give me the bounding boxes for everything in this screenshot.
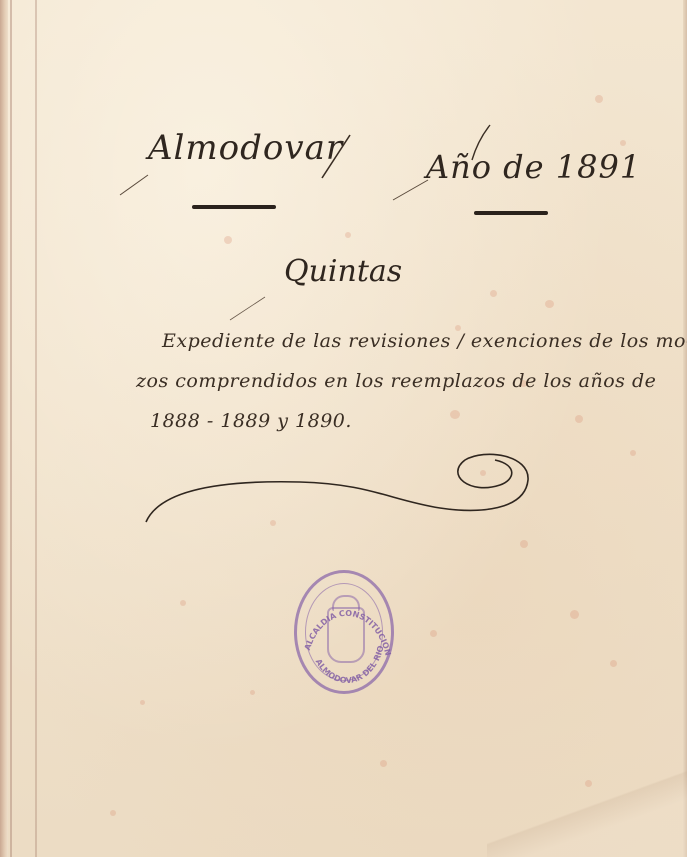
svg-text:ALMODOVAR DEL RIO: ALMODOVAR DEL RIO: [314, 644, 386, 685]
flourish-icon: [140, 440, 540, 530]
seal-bottom-text: ALMODOVAR DEL RIO: [314, 644, 386, 685]
seal-top-text: ALCALDIA CONSTITUCIONAL DE: [297, 573, 393, 657]
subject-heading: Quintas: [284, 254, 402, 289]
description-line-3: 1888 - 1889 y 1890.: [150, 410, 352, 432]
place-heading: Almodovar: [148, 128, 343, 168]
municipal-seal: ALCALDIA CONSTITUCIONAL DE ALMODOVAR DEL…: [294, 570, 394, 694]
svg-text:ALCALDIA CONSTITUCIONAL DE: ALCALDIA CONSTITUCIONAL DE: [297, 573, 393, 657]
year-heading: Año de 1891: [426, 148, 641, 186]
document-page: Almodovar Año de 1891 Quintas Expediente…: [0, 0, 687, 857]
description-line-2: zos comprendidos en los reemplazos de lo…: [136, 370, 656, 392]
year-underline: [474, 211, 548, 215]
description-line-1: Expediente de las revisiones / exencione…: [162, 330, 687, 352]
place-underline: [192, 205, 276, 209]
